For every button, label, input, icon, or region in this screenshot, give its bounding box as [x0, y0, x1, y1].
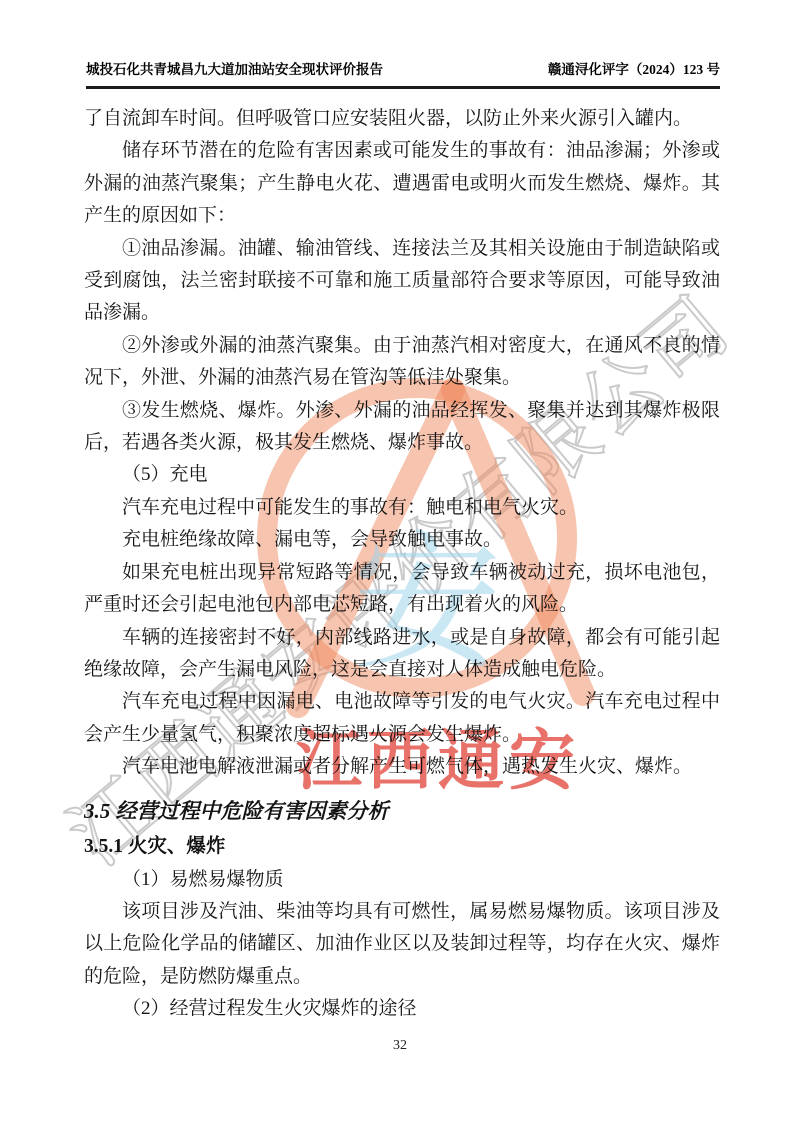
paragraph: ③发生燃烧、爆炸。外渗、外漏的油品经挥发、聚集并达到其爆炸极限后，若遇各类火源，…: [84, 395, 720, 460]
paragraph: 如果充电桩出现异常短路等情况，会导致车辆被动过充，损坏电池包，严重时还会引起电池…: [84, 557, 720, 622]
page-number: 32: [393, 1038, 407, 1053]
header-report-title: 城投石化共青城昌九大道加油站安全现状评价报告: [86, 58, 383, 78]
paragraph: ①油品渗漏。油罐、输油管线、连接法兰及其相关设施由于制造缺陷或受到腐蚀，法兰密封…: [84, 233, 720, 330]
page-header: 城投石化共青城昌九大道加油站安全现状评价报告 赣通浔化评字（2024）123 号: [86, 58, 720, 78]
header-rule: [86, 86, 720, 89]
document-page: 江西通安评价有限公司 安 江西通安 城投石化共青城昌九大道加油站安全现状评价报告…: [0, 0, 800, 1131]
section-heading: 3.5 经营过程中危险有害因素分析: [84, 792, 720, 830]
paragraph: 车辆的连接密封不好，内部线路进水，或是自身故障，都会有可能引起绝缘故障，会产生漏…: [84, 622, 720, 687]
paragraph: 储存环节潜在的危险有害因素或可能发生的事故有：油品渗漏；外渗或外漏的油蒸汽聚集；…: [84, 135, 720, 232]
paragraph: 了自流卸车时间。但呼吸管口应安装阻火器，以防止外来火源引入罐内。: [84, 103, 720, 135]
page-footer: 32: [0, 1038, 800, 1054]
paragraph: （5）充电: [84, 459, 720, 491]
header-document-number: 赣通浔化评字（2024）123 号: [548, 58, 720, 78]
paragraph: 汽车电池电解液泄漏或者分解产生可燃气体，遇热发生火灾、爆炸。: [84, 751, 720, 783]
paragraph: 该项目涉及汽油、柴油等均具有可燃性，属易燃易爆物质。该项目涉及以上危险化学品的储…: [84, 896, 720, 993]
document-body: 了自流卸车时间。但呼吸管口应安装阻火器，以防止外来火源引入罐内。储存环节潜在的危…: [84, 103, 720, 1026]
paragraph: （2）经营过程发生火灾爆炸的途径: [84, 993, 720, 1025]
paragraph: （1）易燃易爆物质: [84, 864, 720, 896]
paragraph: 汽车充电过程中可能发生的事故有：触电和电气火灾。: [84, 492, 720, 524]
paragraph: 汽车充电过程中因漏电、电池故障等引发的电气火灾。汽车充电过程中会产生少量氢气，积…: [84, 686, 720, 751]
paragraph: ②外渗或外漏的油蒸汽聚集。由于油蒸汽相对密度大，在通风不良的情况下，外泄、外漏的…: [84, 330, 720, 395]
paragraph: 充电桩绝缘故障、漏电等，会导致触电事故。: [84, 524, 720, 556]
subsection-heading: 3.5.1 火灾、爆炸: [84, 830, 720, 864]
